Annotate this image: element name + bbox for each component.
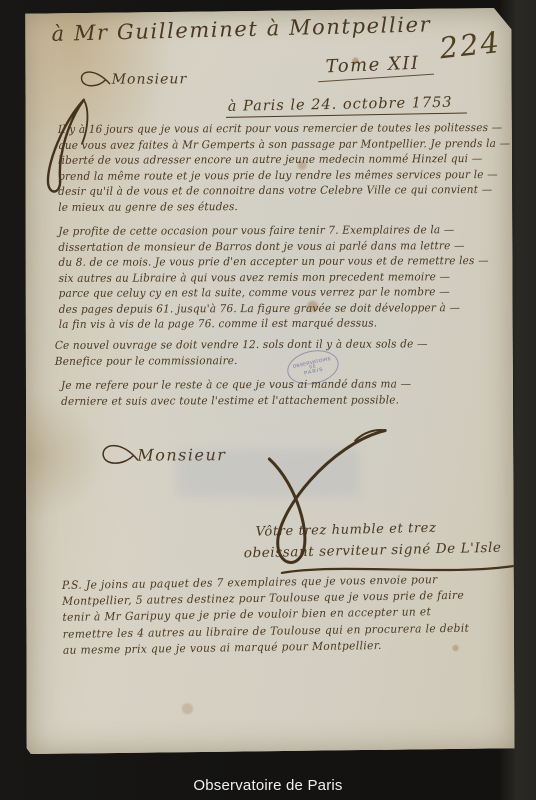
stamp-line: PARIS	[304, 367, 324, 377]
paragraph: Je profite de cette occasion pour vous f…	[58, 222, 489, 332]
salutation: Monsieur	[112, 71, 188, 87]
paragraph: Ce nouvel ouvrage se doit vendre 12. sol…	[55, 336, 428, 369]
salutation-flourish-icon	[76, 66, 112, 94]
caption-text: Observatoire de Paris	[0, 777, 536, 794]
paragraph: Il y à 16 jours que je vous ai ecrit pou…	[58, 120, 511, 215]
photo-frame: à Mr Guilleminet à Montpellier 224 Tome …	[0, 0, 536, 800]
dateline: à Paris le 24. octobre 1753	[226, 94, 467, 117]
address-line: à Mr Guilleminet à Montpellier	[51, 12, 431, 46]
volume-label: Tome XII	[325, 53, 420, 78]
closing-flourish-icon	[99, 438, 139, 472]
folio-number: 224	[438, 25, 503, 65]
paragraph: Je me refere pour le reste à ce que je v…	[61, 376, 411, 409]
valediction-line: obeissant serviteur signé De L'Isle	[244, 540, 502, 562]
valediction-line: Vôtre trez humble et trez	[256, 521, 437, 540]
postscript: P.S. Je joins au paquet des 7 exemplaire…	[62, 572, 470, 659]
ink-bleed-through	[175, 449, 360, 498]
manuscript-page: à Mr Guilleminet à Montpellier 224 Tome …	[23, 8, 514, 754]
